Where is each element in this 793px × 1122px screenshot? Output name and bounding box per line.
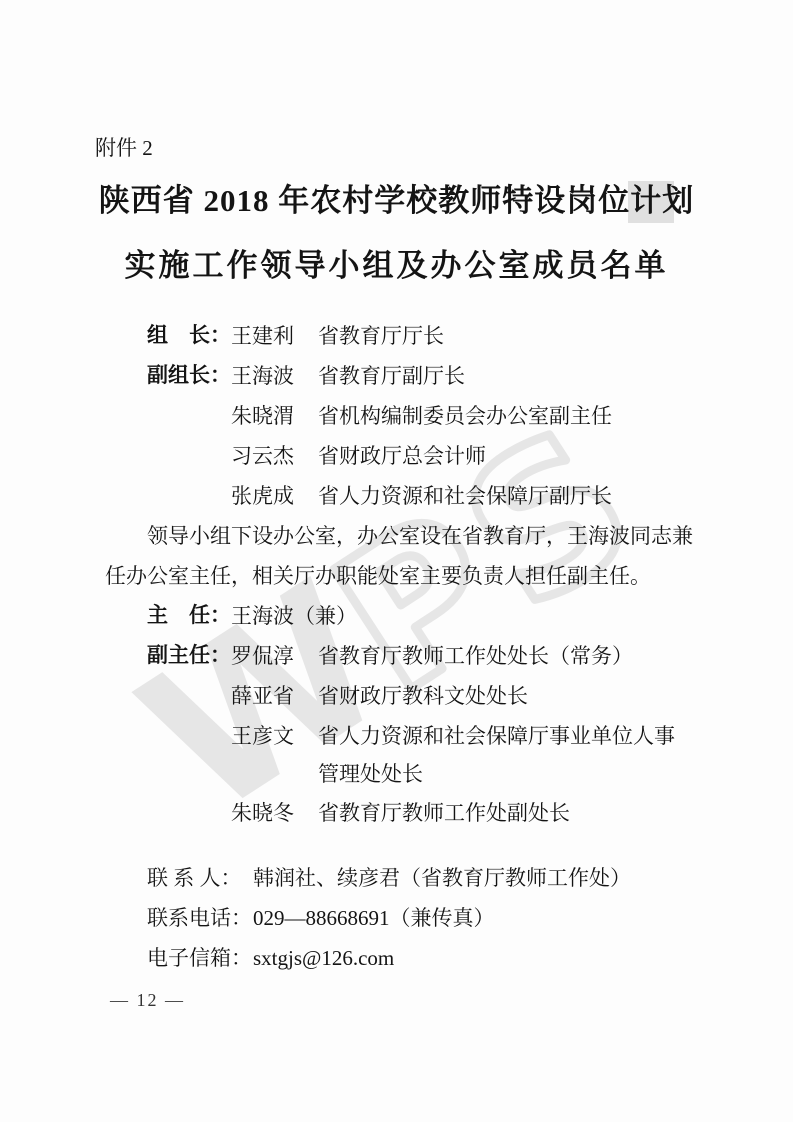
contact-row: 电子信箱： sxtgjs@126.com <box>105 938 705 978</box>
office-row: 薛亚省 省财政厅教科文处处长 <box>105 676 705 716</box>
leader-row: 朱晓渭 省机构编制委员会办公室副主任 <box>105 396 705 436</box>
page-number: — 12 — <box>110 990 185 1011</box>
person-position: 省教育厅教师工作处处长（常务） <box>318 636 685 675</box>
person-position <box>318 596 685 597</box>
person-name: 薛亚省 <box>231 676 318 716</box>
title-line-1: 陕西省 2018 年农村学校教师特设岗位计划 <box>0 168 793 233</box>
role-label: 副主任： <box>147 636 231 676</box>
role-label: 副组长： <box>147 356 231 396</box>
document-body: 组 长： 王建利 省教育厅厅长 副组长： 王海波 省教育厅副厅长 朱晓渭 省机构… <box>105 316 705 978</box>
document-page: W PS 附件 2 陕西省 2018 年农村学校教师特设岗位计划 实施工作领导小… <box>0 0 793 1122</box>
office-row: 朱晓冬 省教育厅教师工作处副处长 <box>105 793 705 833</box>
person-name: 张虎成 <box>231 476 318 516</box>
email-value: sxtgjs@126.com <box>253 938 394 978</box>
person-name: 王彦文 <box>231 716 318 756</box>
person-name: 朱晓渭 <box>231 396 318 436</box>
office-row: 副主任： 罗侃淳 省教育厅教师工作处处长（常务） <box>105 636 705 676</box>
person-position: 省教育厅厅长 <box>318 316 685 355</box>
office-row: 王彦文 省人力资源和社会保障厅事业单位人事管理处处长 <box>105 716 705 793</box>
office-row: 主 任： 王海波（兼） <box>105 596 705 636</box>
leader-row: 组 长： 王建利 省教育厅厅长 <box>105 316 705 356</box>
leader-row: 张虎成 省人力资源和社会保障厅副厅长 <box>105 476 705 516</box>
leader-row: 副组长： 王海波 省教育厅副厅长 <box>105 356 705 396</box>
contact-block: 联 系 人： 韩润社、续彦君（省教育厅教师工作处） 联系电话： 029—8866… <box>105 858 705 978</box>
person-name: 习云杰 <box>231 436 318 476</box>
person-name: 王海波 <box>231 356 318 396</box>
contact-label: 联 系 人： <box>147 858 253 898</box>
contact-value: 韩润社、续彦君（省教育厅教师工作处） <box>253 858 631 898</box>
contact-row: 联系电话： 029—88668691（兼传真） <box>105 898 705 938</box>
person-position: 省机构编制委员会办公室副主任 <box>318 396 685 435</box>
office-paragraph: 领导小组下设办公室，办公室设在省教育厅，王海波同志兼任办公室主任，相关厅办职能处… <box>105 516 700 596</box>
person-name: 王海波（兼） <box>231 596 318 636</box>
leader-row: 习云杰 省财政厅总会计师 <box>105 436 705 476</box>
contact-value: 029—88668691（兼传真） <box>253 898 495 938</box>
person-position: 省人力资源和社会保障厅事业单位人事管理处处长 <box>318 716 685 793</box>
attachment-label: 附件 2 <box>95 132 153 162</box>
role-label: 主 任： <box>147 596 231 636</box>
document-title: 陕西省 2018 年农村学校教师特设岗位计划 实施工作领导小组及办公室成员名单 <box>0 168 793 298</box>
role-label: 组 长： <box>147 316 231 356</box>
person-name: 罗侃淳 <box>231 636 318 676</box>
person-position: 省教育厅副厅长 <box>318 356 685 395</box>
person-position: 省财政厅教科文处处长 <box>318 676 685 715</box>
person-name: 朱晓冬 <box>231 793 318 833</box>
person-position: 省财政厅总会计师 <box>318 436 685 475</box>
contact-row: 联 系 人： 韩润社、续彦君（省教育厅教师工作处） <box>105 858 705 898</box>
title-line-2: 实施工作领导小组及办公室成员名单 <box>0 233 793 298</box>
contact-label: 电子信箱： <box>147 938 253 978</box>
person-position: 省人力资源和社会保障厅副厅长 <box>318 476 685 515</box>
person-name: 王建利 <box>231 316 318 356</box>
contact-label: 联系电话： <box>147 898 253 938</box>
person-position: 省教育厅教师工作处副处长 <box>318 793 685 832</box>
